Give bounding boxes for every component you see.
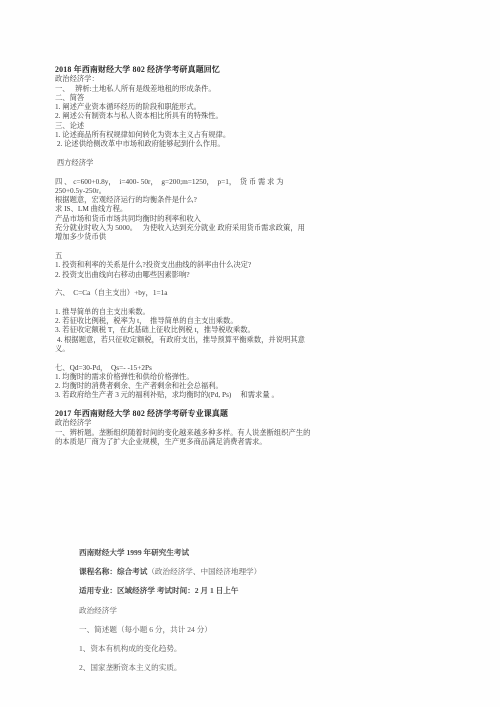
text-line: 政治经济学 [55, 418, 311, 427]
text-run: 政治经济学： [55, 74, 99, 83]
text-line: 2018 年西南财经大学 802 经济学考研真题回忆 [55, 65, 311, 74]
text-run: 五 [55, 251, 62, 260]
text-run: 的本质是厂商为了扩大企业规模，生产更多商品满足消费者需求。 [55, 437, 267, 446]
text-run: 充分就业时收入为 5000。 为使收入达到充分就业 政府采用货币需求政策，用 [55, 223, 305, 232]
text-run: 西南财经大学 1999 年研究生考试 [79, 548, 189, 557]
text-run: 适用专业：区域经济学 考试时间：2 月 1 日上午 [79, 586, 238, 595]
text-line: 2. 论述供给侧改革中市场和政府能够起到什么作用。 [55, 139, 311, 148]
text-line: 2. 均衡时的消费者剩余、生产者剩余和社会总福利。 [55, 381, 311, 390]
text-line: 义。 [55, 344, 311, 353]
document-page: 2018 年西南财经大学 802 经济学考研真题回忆政治经济学：一、 辨析:土地… [0, 0, 500, 707]
text-line: 2. 阐述公有制资本与私人资本相比所具有的特殊性。 [55, 111, 311, 120]
blank-line [55, 149, 311, 158]
text-line: 政治经济学 [79, 601, 389, 620]
text-line: 四 、 c=600+0.8y， i=400- 50r， g=200;m=1250… [55, 177, 311, 186]
text-run: 一、 辨析:土地私人所有是级差地租的形成条件。 [55, 84, 216, 93]
text-run: （政治经济学、中国经济地理学） [147, 567, 261, 576]
text-line: 2、国家垄断资本主义的实质。 [79, 658, 389, 677]
blank-line [55, 167, 311, 176]
exam-1999: 西南财经大学 1999 年研究生考试课程名称：综合考试（政治经济学、中国经济地理… [79, 543, 389, 677]
text-line: 1. 投资和利率的关系是什么?投资支出曲线的斜率由什么决定? [55, 260, 311, 269]
text-line: 根据题意，宏观经济运行的均衡条件是什么? [55, 195, 311, 204]
text-line: 政治经济学： [55, 74, 311, 83]
text-line: 六、 C=Ca（自主支出）+by，1=1a [55, 288, 311, 297]
text-run: 2. 论述供给侧改革中市场和政府能够起到什么作用。 [55, 139, 225, 148]
text-line: 课程名称：综合考试（政治经济学、中国经济地理学） [79, 562, 389, 581]
text-run: 1、资本有机构成的变化趋势。 [79, 644, 182, 653]
text-run: 义。 [55, 344, 70, 353]
text-line: 2. 若征收比例税，税率为 t， 推导简单的自主支出乘数。 [55, 316, 311, 325]
text-line: 三、论述 [55, 121, 311, 130]
text-line: 1. 均衡时的需求价格弹性和供给价格弹性。 [55, 372, 311, 381]
text-line: 250+0.5y-250r。 [55, 186, 311, 195]
blank-line [55, 242, 311, 251]
text-run: 1. 阐述产业资本循环经历的阶段和职能形式。 [55, 102, 201, 111]
text-run: 2017 年西南财经大学 802 经济学考研专业课真题 [55, 409, 228, 418]
text-run: 课程名称：综合考试 [79, 567, 147, 576]
blank-line [55, 400, 311, 409]
text-line: 4. 根据题意，若只征收定额税，有政府支出，推导预算平衡乘数，并说明其意 [55, 335, 311, 344]
text-run: 增加多少货币供 [55, 232, 106, 241]
text-run: 政治经济学 [55, 418, 91, 427]
text-line: 的本质是厂商为了扩大企业规模，生产更多商品满足消费者需求。 [55, 437, 311, 446]
text-run: 2. 阐述公有制资本与私人资本相比所具有的特殊性。 [55, 111, 223, 120]
text-line: 一、 辨析:土地私人所有是级差地租的形成条件。 [55, 84, 311, 93]
text-run: 一、简述题（每小题 6 分，共计 24 分） [79, 625, 212, 634]
text-run: 1. 均衡时的需求价格弹性和供给价格弹性。 [55, 372, 194, 381]
text-run: 一、辨析题。垄断组织随着时间的变化越来越多种多样。有人说垄断组织产生的 [55, 428, 310, 437]
text-line: 七、Qd=30-Pd， Qs=- -15+2Ps [55, 363, 311, 372]
text-line: 2. 投资支出曲线向右移动由哪些因素影响? [55, 270, 311, 279]
text-line: 增加多少货币供 [55, 232, 311, 241]
text-run: 六、 C=Ca（自主支出）+by，1=1a [55, 288, 167, 297]
text-line: 二、简答 [55, 93, 311, 102]
text-line: 1、资本有机构成的变化趋势。 [79, 639, 389, 658]
exam-recall-2018-and-2017: 2018 年西南财经大学 802 经济学考研真题回忆政治经济学：一、 辨析:土地… [55, 65, 311, 446]
text-line: 1. 论述商品所有权规律如何转化为资本主义占有规律。 [55, 130, 311, 139]
text-line: 产品市场和货币市场共同均衡时的利率和收入 [55, 214, 311, 223]
text-line: 五 [55, 251, 311, 260]
text-run: 1. 投资和利率的关系是什么?投资支出曲线的斜率由什么决定? [55, 260, 251, 269]
text-line: 西方经济学 [55, 158, 311, 167]
text-run: 三、论述 [55, 121, 84, 130]
text-line: 一、辨析题。垄断组织随着时间的变化越来越多种多样。有人说垄断组织产生的 [55, 428, 311, 437]
text-run: 2. 投资支出曲线向右移动由哪些因素影响? [55, 270, 190, 279]
text-line: 3. 若政府给生产者 3 元的福利补贴，求均衡时的(Pd, Ps) 和需求量 。 [55, 390, 311, 399]
text-line: 西南财经大学 1999 年研究生考试 [79, 543, 389, 562]
text-run: 2. 均衡时的消费者剩余、生产者剩余和社会总福利。 [55, 381, 223, 390]
text-line: 3. 若征收定额税 T，在此基础上征收比例税 t，推导税收乘数。 [55, 325, 311, 334]
text-run: 3. 若政府给生产者 3 元的福利补贴，求均衡时的(Pd, Ps) 和需求量 。 [55, 390, 279, 399]
text-run: 2018 年西南财经大学 802 经济学考研真题回忆 [55, 65, 220, 74]
text-run: 2. 若征收比例税，税率为 t， 推导简单的自主支出乘数。 [55, 316, 238, 325]
text-run: 政治经济学 [79, 606, 117, 615]
text-run: 七、Qd=30-Pd， Qs=- -15+2Ps [55, 363, 152, 372]
text-line: 适用专业：区域经济学 考试时间：2 月 1 日上午 [79, 581, 389, 600]
text-run: 根据题意，宏观经济运行的均衡条件是什么? [55, 195, 197, 204]
text-line: 1. 阐述产业资本循环经历的阶段和职能形式。 [55, 102, 311, 111]
text-line: 1. 推导简单的自主支出乘数。 [55, 307, 311, 316]
text-run: 产品市场和货币市场共同均衡时的利率和收入 [55, 214, 201, 223]
text-run: 2、国家垄断资本主义的实质。 [79, 663, 182, 672]
text-run: 二、简答 [55, 93, 84, 102]
blank-line [55, 279, 311, 288]
text-run: 3. 若征收定额税 T，在此基础上征收比例税 t，推导税收乘数。 [55, 325, 255, 334]
text-line: 一、简述题（每小题 6 分，共计 24 分） [79, 620, 389, 639]
text-run: 四 、 c=600+0.8y， i=400- 50r， g=200;m=1250… [55, 177, 284, 186]
text-run: 250+0.5y-250r。 [55, 186, 106, 195]
text-run: 1. 推导简单的自主支出乘数。 [55, 307, 150, 316]
text-run: 西方经济学 [55, 158, 93, 167]
blank-line [55, 297, 311, 306]
text-line: 充分就业时收入为 5000。 为使收入达到充分就业 政府采用货币需求政策，用 [55, 223, 311, 232]
text-run: 4. 根据题意，若只征收定额税，有政府支出，推导预算平衡乘数，并说明其意 [55, 335, 305, 344]
text-run: 求 IS、LM 曲线方程。 [55, 204, 127, 213]
blank-line [55, 353, 311, 362]
text-run: 1. 论述商品所有权规律如何转化为资本主义占有规律。 [55, 130, 230, 139]
text-line: 2017 年西南财经大学 802 经济学考研专业课真题 [55, 409, 311, 418]
text-line: 求 IS、LM 曲线方程。 [55, 204, 311, 213]
